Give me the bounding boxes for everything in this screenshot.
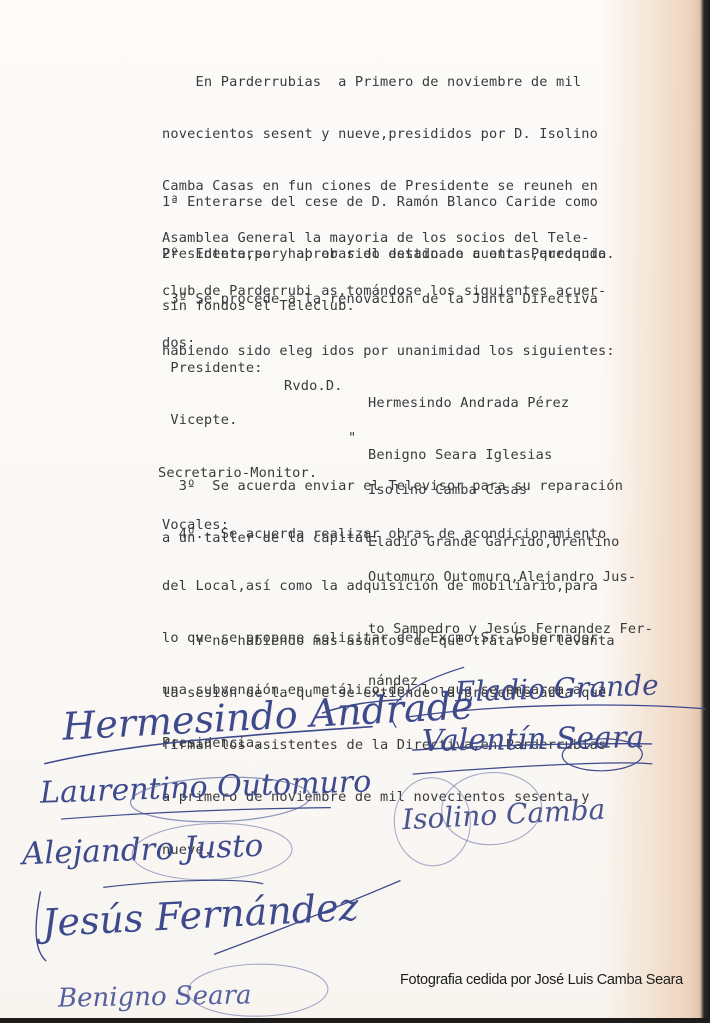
pen-stroke-icon <box>401 793 605 883</box>
role-label: Vicepte. <box>162 412 237 429</box>
text-line: En Parderrubias a Primero de noviembre d… <box>162 74 606 91</box>
signature-eladio: Eladio Grande <box>454 668 659 708</box>
signature-alejandro: Alejandro Justo <box>21 828 263 872</box>
text-line: del Local,así como la adquisición de mob… <box>162 578 606 595</box>
text-line: 4º.- Se acuerda realizar obras de acondi… <box>162 526 606 543</box>
typewritten-text: En Parderrubias a Primero de noviembre d… <box>162 0 710 296</box>
role-title: Rvdo.D. <box>284 378 343 395</box>
signature-benigno: Benigno Seara <box>58 980 252 1013</box>
pen-stroke-icon <box>58 978 359 1023</box>
signature-laurentino: Laurentino Outomuro <box>39 764 371 811</box>
pen-stroke-icon <box>21 826 303 896</box>
photo-edge <box>0 1018 710 1023</box>
pen-stroke-icon <box>41 882 405 981</box>
signature-valentin: Valentín Seara <box>422 720 645 759</box>
board-row-president: Presidente: Rvdo.D. Hermesindo Andrada P… <box>162 343 710 360</box>
document-photo: En Parderrubias a Primero de noviembre d… <box>0 0 710 1023</box>
pen-stroke-icon <box>422 720 663 784</box>
photo-credit-caption: Fotografia cedida por José Luis Camba Se… <box>400 972 683 988</box>
text-line: novecientos sesent y nueve,presididos po… <box>162 126 606 143</box>
role-label: Presidente: <box>162 360 263 377</box>
board-row-vicepresident: Vicepte. " Benigno Seara Iglesias <box>162 395 710 412</box>
text-line: 3º Se procede a la renovación de la Junt… <box>162 291 615 308</box>
text-line: Y no habiendo mas asuntos de que tratar … <box>162 633 615 650</box>
text-line: 1ª Enterarse del cese de D. Ramón Blanco… <box>162 194 615 211</box>
